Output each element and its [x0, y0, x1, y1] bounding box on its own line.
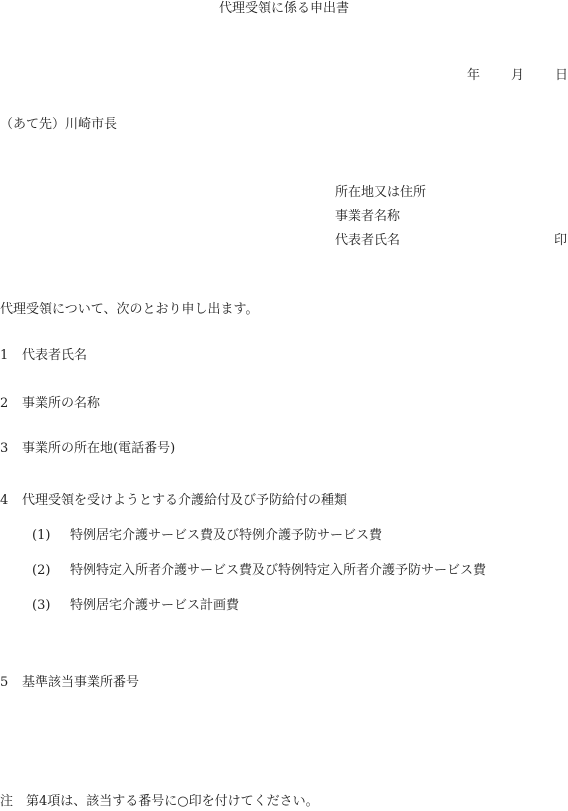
subitem-number: (2) — [32, 563, 70, 579]
intro-text: 代理受領について、次のとおり申し出ます。 — [0, 302, 258, 318]
item-number: 5 — [0, 675, 22, 691]
date-year-label: 年 — [467, 68, 480, 84]
footnote: 注 第4項は、該当する番号に○印を付けてください。 — [0, 794, 319, 810]
document-title: 代理受領に係る申出書 — [0, 1, 568, 17]
addressee: （あて先）川崎市長 — [0, 117, 117, 133]
item-5: 5基準該当事業所番号 — [0, 675, 139, 691]
representative-label: 代表者氏名 — [335, 233, 400, 249]
item-2: 2事業所の名称 — [0, 396, 100, 412]
item-number: 2 — [0, 396, 22, 412]
subitem-label: 特例特定入所者介護サービス費及び特例特定入所者介護予防サービス費 — [70, 563, 486, 578]
subitem-number: (1) — [32, 528, 70, 544]
subitem-2: (2)特例特定入所者介護サービス費及び特例特定入所者介護予防サービス費 — [32, 563, 486, 579]
subitem-1: (1)特例居宅介護サービス費及び特例介護予防サービス費 — [32, 528, 382, 544]
subitem-label: 特例居宅介護サービス費及び特例介護予防サービス費 — [70, 528, 382, 543]
item-number: 4 — [0, 493, 22, 509]
item-number: 3 — [0, 441, 22, 457]
item-label: 事業所の所在地(電話番号) — [22, 441, 175, 456]
item-label: 代理受領を受けようとする介護給付及び予防給付の種類 — [22, 493, 347, 508]
item-label: 代表者氏名 — [22, 348, 87, 363]
subitem-label: 特例居宅介護サービス計画費 — [70, 598, 239, 613]
seal-mark: 印 — [554, 233, 567, 249]
subitem-number: (3) — [32, 598, 70, 614]
item-number: 1 — [0, 348, 22, 364]
subitem-3: (3)特例居宅介護サービス計画費 — [32, 598, 239, 614]
item-label: 基準該当事業所番号 — [22, 675, 139, 690]
item-4: 4代理受領を受けようとする介護給付及び予防給付の種類 — [0, 493, 347, 509]
address-label: 所在地又は住所 — [335, 185, 426, 201]
item-3: 3事業所の所在地(電話番号) — [0, 441, 175, 457]
item-1: 1代表者氏名 — [0, 348, 87, 364]
date-month-label: 月 — [511, 68, 524, 84]
date-day-label: 日 — [555, 68, 568, 84]
item-label: 事業所の名称 — [22, 396, 100, 411]
business-name-label: 事業者名称 — [335, 209, 400, 225]
